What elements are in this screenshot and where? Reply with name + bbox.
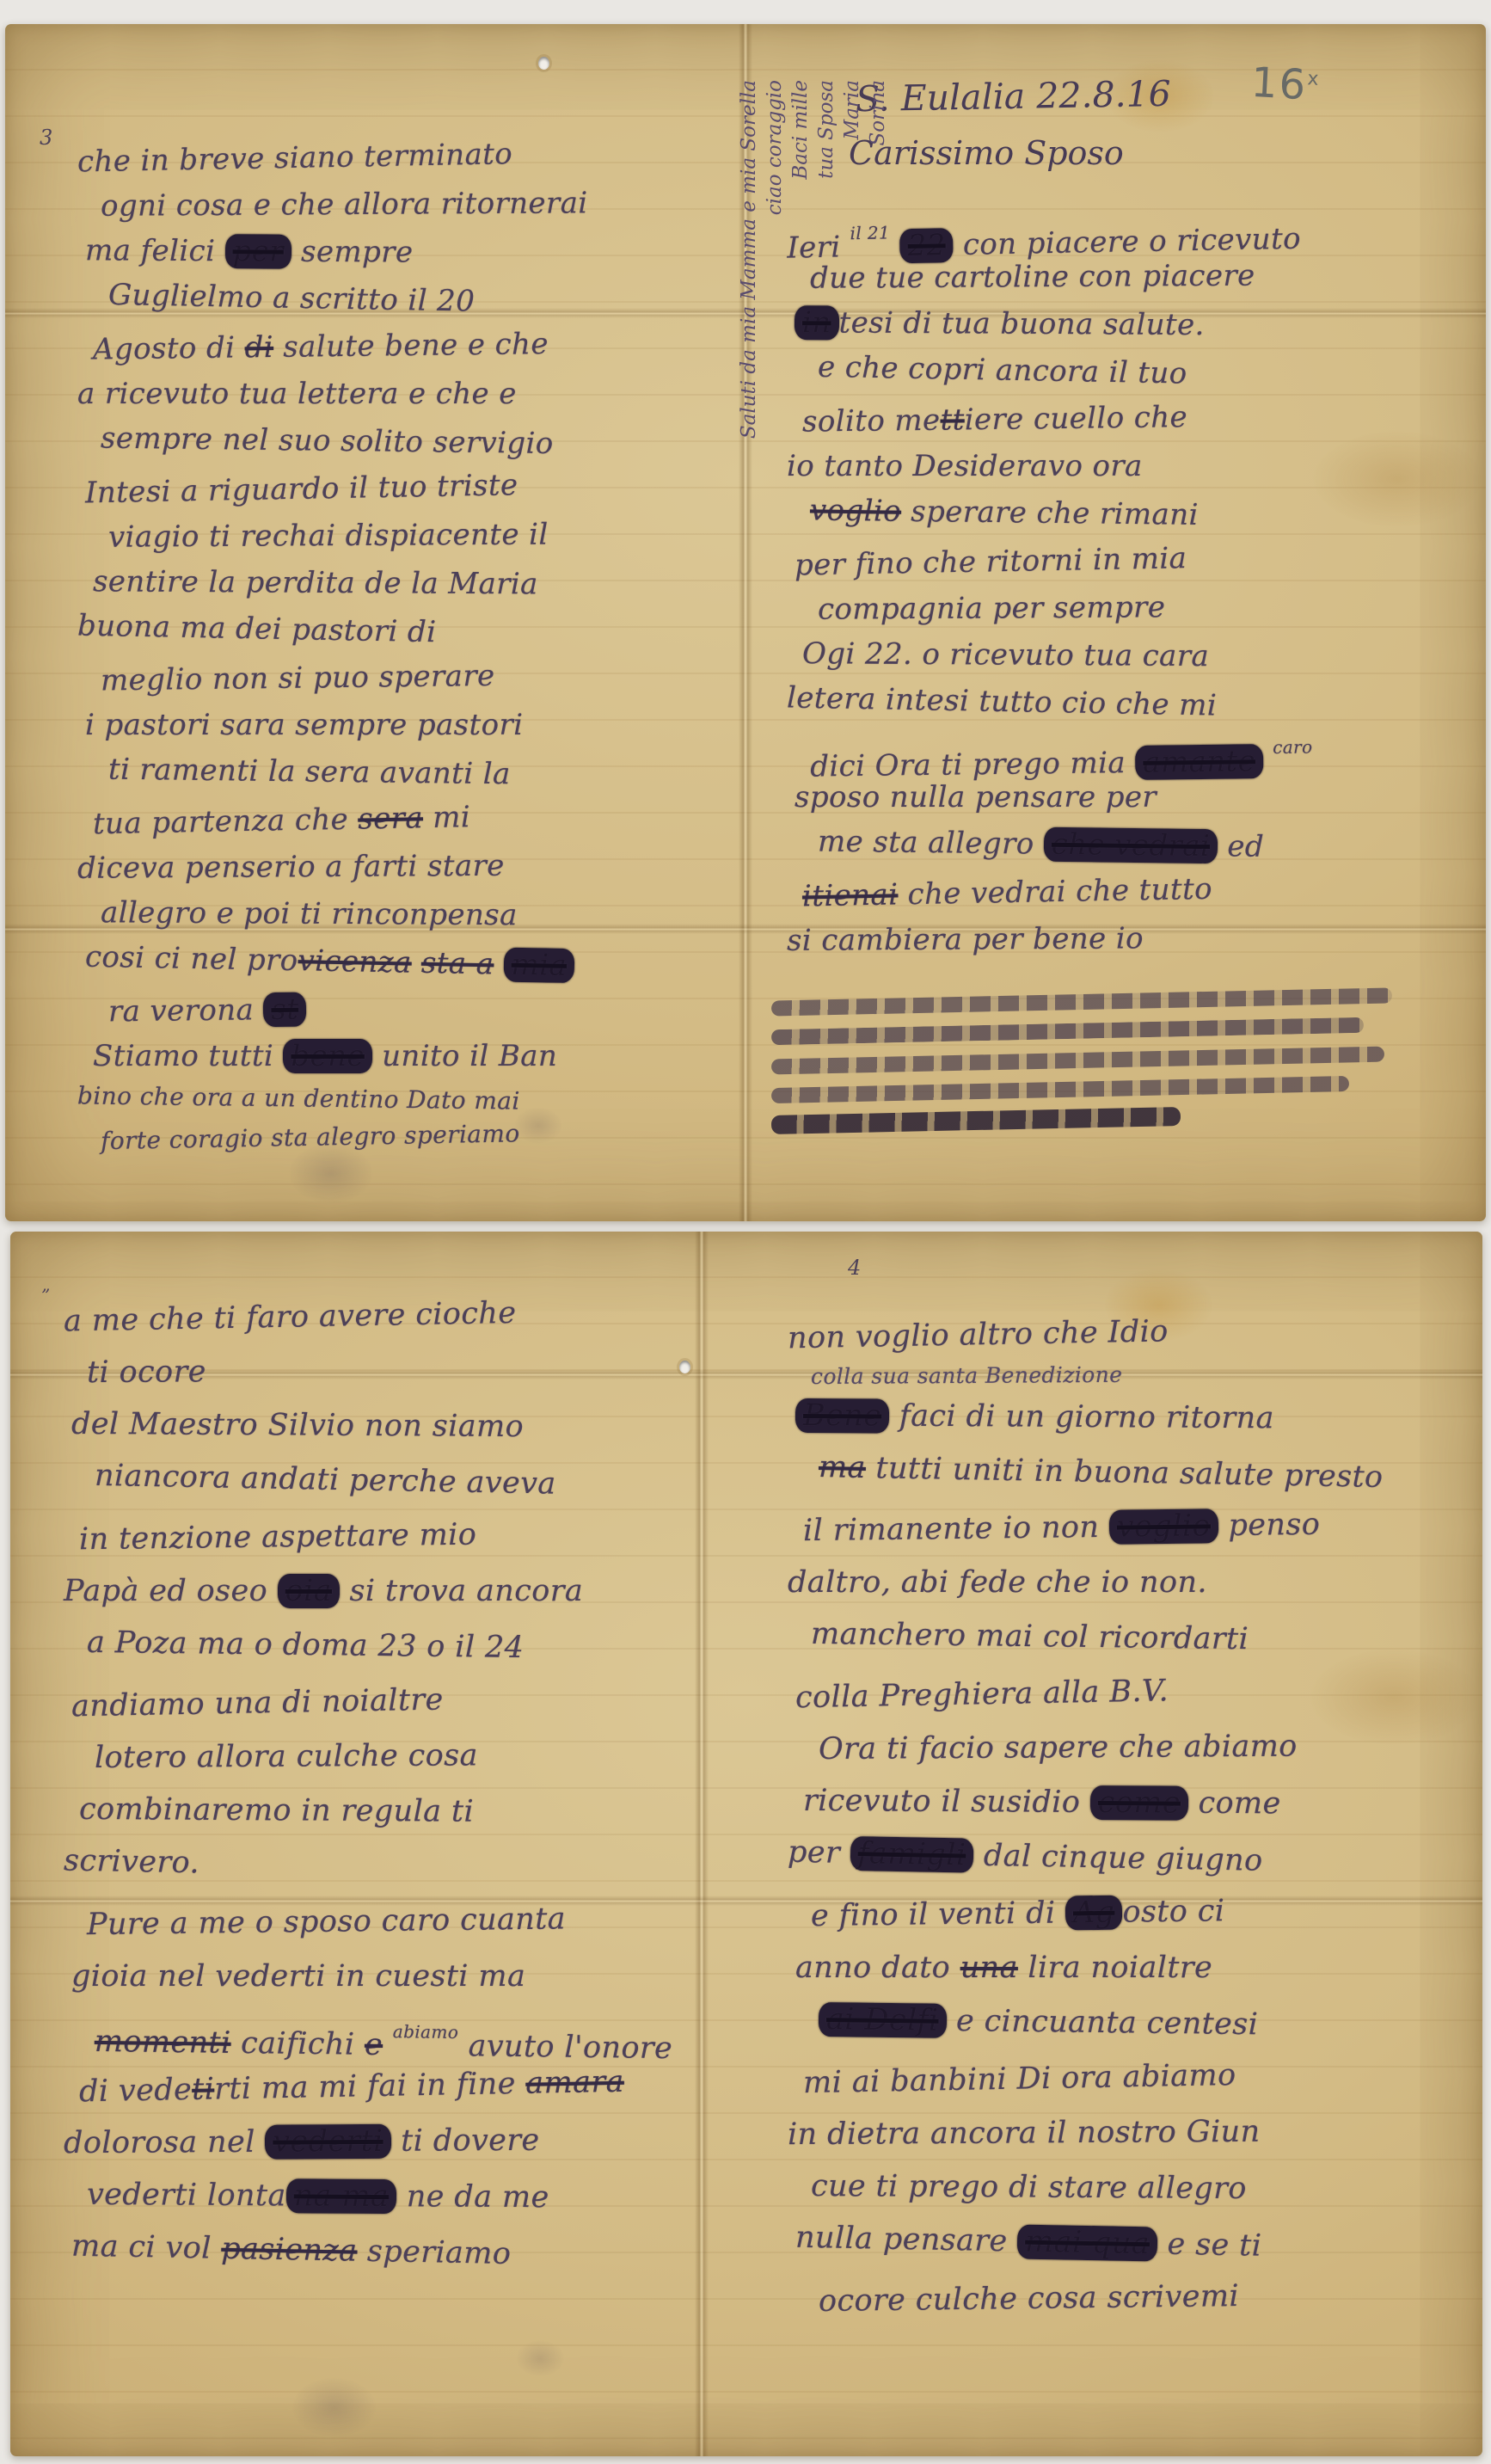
word: dolorosa nel	[64, 2125, 266, 2160]
word: due tue cartoline con piacere	[810, 259, 1255, 296]
word: ti ramenti la sera avanti la	[108, 753, 511, 792]
word: allegro e poi ti rinconpensa	[101, 895, 518, 932]
ink-blot-crossout: mai qua	[1017, 2224, 1158, 2261]
handwritten-line: itienai che vedrai che tutto	[802, 864, 1313, 921]
handwritten-line: …	[771, 1017, 1364, 1045]
word: che vedrai che tutto	[898, 872, 1212, 912]
word: ti ocore	[87, 1355, 206, 1390]
ink-blot-crossout: oia	[278, 1574, 340, 1608]
word: iere cuello che	[964, 400, 1187, 437]
handwritten-line: colla Preghiera alla B.V.	[795, 1660, 1384, 1726]
word: in tenzione aspettare mio	[79, 1518, 477, 1558]
handwritten-line: ricevuto il susidio come come	[803, 1773, 1384, 1832]
word: forte coragio sta alegro speriamo	[101, 1119, 520, 1155]
inserted-word: il 21	[850, 222, 890, 243]
word: a Poza ma o doma 23 o il 24	[87, 1625, 525, 1665]
handwritten-line: ti ocore	[87, 1342, 673, 1400]
handwritten-line: andiamo una di noialtre	[71, 1668, 672, 1735]
letter-page-3: 3 che in breve siano terminatoogni cosa …	[5, 24, 745, 1221]
word: letera intesi tutto cio che mi	[787, 680, 1218, 722]
word: sempre nel suo solito servigio	[101, 421, 554, 461]
inserted-word: abiamo	[393, 2021, 459, 2043]
word: gioia nel vederti in cuesti ma	[71, 1959, 525, 1994]
struck-word: una	[960, 1951, 1018, 1985]
struck-word: voglio	[810, 493, 902, 528]
handwritten-line: …	[771, 1107, 1181, 1134]
ink-blot-crossout: ai Delfi	[819, 2002, 947, 2038]
handwritten-line: non voglio altro che Idio	[787, 1300, 1384, 1367]
struck-word: sta a	[421, 946, 494, 982]
word: mi	[423, 800, 471, 835]
pencil-folio-value: 16	[1250, 58, 1309, 109]
ink-blot-crossout: bene	[283, 1039, 372, 1073]
word: e se ti	[1157, 2227, 1262, 2263]
handwritten-line: ra verona st	[108, 983, 588, 1036]
upside-down-crossed-out-lines: ……………	[766, 980, 1471, 1144]
ink-blot-crossout: in	[795, 305, 839, 340]
handwritten-line: nulla pensare mai qua e se ti	[795, 2210, 1384, 2277]
ink-blot-crossout: st	[263, 992, 306, 1028]
word: Guglielmo a scritto il 20	[108, 278, 476, 319]
continuation-handwriting: a me che ti faro avere ciocheti ocoredel…	[55, 1288, 672, 2279]
word: speriamo	[357, 2234, 512, 2271]
handwritten-line: in dietra ancora il nostro Giun	[788, 2104, 1384, 2162]
handwritten-line: manchero mai col ricordarti	[811, 1607, 1384, 1668]
word: io tanto Desideravo ora	[787, 449, 1143, 483]
letter-page-continuation: ” a me che ti faro avere ciocheti ocored…	[10, 1232, 746, 2456]
handwritten-line: in tenzione aspettare mio	[79, 1505, 673, 1567]
word: unito il Ban	[372, 1039, 557, 1073]
ink-blot-crossout: na ma	[286, 2178, 397, 2214]
word: ma felici	[85, 233, 225, 268]
handwritten-line: vederti lontana ma ne da me	[87, 2167, 673, 2226]
handwritten-line: scrivero.	[63, 1834, 672, 1900]
word: Stiamo tutti	[93, 1039, 283, 1073]
handwritten-line: Bene faci di un giorno ritorna	[795, 1388, 1384, 1447]
handwritten-line: ai Delfi e cincuanta centesi	[819, 1992, 1384, 2054]
page-number: 3	[40, 126, 52, 150]
word: bino che ora a un dentino Dato mai	[77, 1081, 520, 1115]
handwritten-line: che in breve siano terminato	[77, 130, 589, 187]
word: che in breve siano terminato	[77, 137, 513, 179]
handwritten-line: colla sua santa Benedizione	[811, 1359, 1384, 1392]
word: rti ma mi fai in fine	[214, 2067, 526, 2107]
continuation-mark: ”	[41, 1285, 50, 1306]
word: in dietra ancora il nostro Giun	[788, 2115, 1261, 2152]
handwritten-line: niancora andati perche aveva	[94, 1448, 672, 1514]
word: si cambiera per bene io	[787, 921, 1144, 958]
handwritten-line: Saluti da mia Mamma e mia Sorella	[736, 80, 762, 682]
pencil-folio-number: 16x	[1250, 58, 1322, 110]
handwritten-line: me sta allegro che vedrai ed	[818, 818, 1313, 871]
struck-word: di	[244, 330, 273, 365]
handwritten-line: gioia nel vederti in cuesti ma	[71, 1949, 672, 2004]
word: ra verona	[108, 992, 264, 1029]
ink-blot-crossout: come	[1090, 1785, 1188, 1821]
handwritten-line: Intesi a riguardo il tuo triste	[85, 461, 589, 518]
word: tesi di tua buona salute.	[838, 305, 1204, 342]
word: Ogi 22. o ricevuto tua cara	[802, 636, 1209, 673]
handwritten-line: ti ramenti la sera avanti la	[108, 747, 588, 800]
pencil-folio-sup: x	[1307, 68, 1321, 90]
word: anno dato	[795, 1951, 960, 1985]
page-4-handwriting: non voglio altro che Idiocolla sua santa…	[781, 1306, 1384, 2326]
word: Pure a me o sposo caro cuanta	[87, 1902, 566, 1942]
struck-word: momenti	[95, 2025, 231, 2061]
struck-word: pasienza	[221, 2232, 358, 2269]
handwritten-line: dici Ora ti prego mia amante caro	[810, 723, 1313, 777]
word: cue ti prego di stare allegro	[811, 2169, 1247, 2206]
ink-blot-crossout: mia	[503, 948, 574, 984]
page-3-handwriting: che in breve siano terminatoogni cosa e …	[62, 134, 588, 1156]
inserted-word: caro	[1273, 736, 1313, 758]
ink-blot-crossout: vederti	[265, 2124, 391, 2160]
word: sempre	[291, 235, 414, 270]
handwritten-line: di vedetirti ma mi fai in fine amara	[78, 2054, 672, 2120]
word: del Maestro Silvio non siamo	[71, 1407, 524, 1444]
word: lotero allora culche cosa	[95, 1738, 478, 1775]
word: meglio non si puo sperare	[101, 659, 495, 698]
struck-word: tt	[940, 402, 965, 437]
word: caifichi	[230, 2026, 365, 2062]
handwritten-line: si cambiera per bene io	[787, 914, 1313, 965]
handwritten-line: lotero allora culche cosa	[95, 1727, 673, 1785]
word: nulla pensare	[795, 2221, 1018, 2259]
word: manchero mai col ricordarti	[811, 1617, 1249, 1656]
handwritten-line: ma tutti uniti in buona salute presto	[818, 1440, 1384, 1505]
handwritten-line: Ogi 22. o ricevuto tua cara	[802, 630, 1313, 681]
word: niancora andati perche aveva	[95, 1459, 556, 1502]
handwritten-line: sposo nulla pensare per	[795, 774, 1313, 821]
word: a me che ti faro avere cioche	[64, 1296, 517, 1339]
word: osto ci	[1122, 1894, 1224, 1929]
handwritten-line: Agosto di di salute bene e che	[93, 320, 588, 373]
handwritten-line: meglio non si puo sperare	[101, 652, 588, 705]
handwritten-line: ocore culche cosa scrivemi	[819, 2267, 1384, 2329]
handwritten-line: Ora ti facio sapere che abiamo	[819, 1718, 1384, 1777]
word: scrivero.	[64, 1844, 200, 1881]
handwritten-line: sentire la perdita de la Maria	[93, 558, 588, 609]
word: andiamo una di noialtre	[71, 1682, 444, 1724]
word: tua partenza che	[93, 802, 359, 842]
handwritten-line: il rimanente io non voglio penso	[803, 1496, 1384, 1558]
word: dal cinque giugno	[973, 1839, 1263, 1878]
handwritten-line: a me che ti faro avere cioche	[63, 1283, 672, 1349]
word: sentire la perdita de la Maria	[93, 564, 538, 601]
handwritten-line: intesi di tua buona salute.	[795, 299, 1313, 350]
handwritten-line: per fino che ritorni in mia	[795, 532, 1313, 589]
handwritten-line: momenti caifichi e abiamo avuto l'onore	[95, 2000, 673, 2062]
struck-word: sera	[358, 801, 423, 836]
handwritten-line: buona ma dei pastori di	[77, 603, 589, 660]
word: si trova ancora	[340, 1574, 583, 1608]
word: combinaremo in regula ti	[79, 1792, 474, 1829]
page-number: 4	[848, 1256, 861, 1280]
word: vederti lonta	[87, 2178, 286, 2213]
struck-word: ti	[192, 2072, 215, 2106]
handwritten-line: a Poza ma o doma 23 o il 24	[87, 1615, 673, 1677]
word: penso	[1218, 1508, 1321, 1543]
ink-blot-crossout: per	[224, 234, 291, 268]
word: come	[1188, 1786, 1281, 1822]
word: ogni cosa e che allora ritornerai	[101, 186, 588, 223]
handwritten-line: combinaremo in regula ti	[79, 1782, 673, 1840]
word: viagio ti rechai dispiacente il	[108, 518, 549, 555]
handwritten-line: voglio sperare che rimani	[810, 487, 1313, 540]
struck-word: ma	[819, 1450, 867, 1485]
struck-word: vicenza	[298, 943, 412, 980]
word: cosi ci nel pro	[85, 940, 298, 979]
handwritten-line: del Maestro Silvio non siamo	[71, 1397, 673, 1455]
handwritten-line: io tanto Desideravo ora	[787, 443, 1313, 490]
word: solito me	[802, 403, 941, 439]
page-1-handwriting: Ieri il 21 22 con piacere o ricevutodue …	[782, 206, 1313, 963]
word: e cincuanta centesi	[946, 2004, 1258, 2042]
handwritten-line: sempre nel suo solito servigio	[101, 415, 588, 469]
word: sposo nulla pensare per	[795, 780, 1157, 814]
word: per fino che ritorni in mia	[795, 541, 1187, 582]
handwritten-line: daltro, abi fede che io non.	[788, 1555, 1384, 1610]
handwritten-line: ma felici per sempre	[85, 227, 588, 278]
word: e che copri ancora il tuo	[818, 350, 1187, 391]
word: per	[788, 1835, 850, 1871]
letter-page-4: 4 non voglio altro che Idiocolla sua san…	[746, 1232, 1482, 2456]
word: Papà ed oseo	[64, 1574, 278, 1608]
handwritten-line: ogni cosa e che allora ritornerai	[101, 180, 588, 230]
handwritten-line: e che copri ancora il tuo	[818, 344, 1313, 401]
word	[383, 2028, 393, 2062]
word: buona ma dei pastori di	[77, 609, 437, 650]
word: compagnia per sempre	[818, 590, 1166, 626]
handwritten-line: i pastori sara sempre pastori	[85, 702, 588, 749]
letter-sheet-2: ” a me che ti faro avere ciocheti ocored…	[10, 1232, 1482, 2456]
scanned-letter-page: { "scan": { "ink_color": "#4c4058", "hea…	[0, 0, 1491, 2464]
handwritten-line: allegro e poi ti rinconpensa	[101, 889, 588, 939]
ink-blot-crossout: che vedrai	[1044, 827, 1218, 863]
word: ed	[1218, 829, 1264, 864]
handwritten-line: forte coragio sta alegro speriamo	[101, 1114, 588, 1160]
handwritten-line: …	[771, 987, 1392, 1016]
word: di vede	[79, 2073, 193, 2109]
word: i pastori sara sempre pastori	[85, 708, 523, 742]
handwritten-line: dolorosa nel vederti ti dovere	[64, 2112, 673, 2171]
word: Ora ti facio sapere che abiamo	[819, 1730, 1298, 1767]
word: daltro, abi fede che io non.	[788, 1565, 1207, 1600]
handwritten-line: per famigli dal cinque giugno	[787, 1825, 1384, 1891]
word: non voglio altro che Idio	[788, 1314, 1169, 1355]
struck-word: itienai	[802, 877, 899, 913]
word: salute bene e che	[273, 327, 549, 365]
word: Intesi a riguardo il tuo triste	[85, 468, 518, 510]
dateline: S. Eulalia 22.8.16	[856, 73, 1172, 120]
handwritten-line: cue ti prego di stare allegro	[811, 2159, 1384, 2217]
word	[411, 946, 421, 980]
word: me sta allegro	[818, 824, 1044, 861]
ink-blot-crossout: famigli	[850, 1836, 974, 1873]
handwritten-line: mi ai banbini Di ora abiamo	[802, 2045, 1384, 2111]
handwritten-line: …	[771, 1047, 1385, 1075]
word: sperare che rimani	[901, 495, 1199, 532]
word: ricevuto il susidio	[803, 1784, 1090, 1820]
letter-sheet-1: 3 che in breve siano terminatoogni cosa …	[5, 24, 1486, 1221]
handwritten-line: ma ci vol pasienza speriamo	[71, 2219, 672, 2285]
word: Agosto di	[93, 330, 245, 366]
ink-blot-crossout: Bene	[795, 1398, 890, 1434]
handwritten-line: anno dato una lira noialtre	[795, 1940, 1384, 1995]
handwritten-line: …	[771, 1076, 1350, 1103]
word	[494, 947, 504, 981]
word: a ricevuto tua lettera e che e	[77, 377, 517, 411]
handwritten-line: letera intesi tutto cio che mi	[787, 674, 1313, 731]
word: ne da me	[396, 2179, 549, 2215]
handwritten-line: cosi ci nel provicenza sta a mia	[85, 934, 589, 991]
word: faci di un giorno ritorna	[889, 1399, 1274, 1436]
handwritten-line: solito mettiere cuello che	[802, 392, 1313, 445]
handwritten-line: tua partenza che sera mi	[93, 792, 589, 849]
word: il rimanente io non	[803, 1510, 1109, 1548]
word: lira noialtre	[1018, 1951, 1212, 1985]
word: ti dovere	[391, 2123, 540, 2159]
word: colla Preghiera alla B.V.	[795, 1674, 1169, 1715]
letter-page-1: 16x S. Eulalia 22.8.16 Carissimo Sposo S…	[745, 24, 1486, 1221]
struck-word: amara	[525, 2065, 624, 2101]
ink-blot-crossout: Ag	[1065, 1896, 1123, 1931]
word: diceva penserio a farti stare	[77, 849, 505, 886]
handwritten-line: compagnia per sempre	[818, 583, 1313, 634]
handwritten-line: a ricevuto tua lettera e che e	[77, 371, 588, 418]
handwritten-line: due tue cartoline con piacere	[810, 252, 1313, 303]
word: tutti uniti in buona salute presto	[866, 1451, 1384, 1495]
handwritten-line: viagio ti rechai dispiacente il	[108, 511, 588, 561]
handwritten-line: Pure a me o sposo caro cuanta	[87, 1890, 673, 1952]
handwritten-line: Guglielmo a scritto il 20	[108, 272, 589, 328]
handwritten-line: diceva penserio a farti stare	[77, 842, 588, 893]
ink-blot-crossout: voglio	[1109, 1509, 1219, 1545]
handwritten-line: Papà ed oseo oia si trova ancora	[64, 1564, 672, 1619]
struck-word: e	[365, 2028, 383, 2062]
word: ocore culche cosa scrivemi	[819, 2279, 1239, 2319]
word: e fino il venti di	[811, 1896, 1065, 1933]
word: colla sua santa Benedizione	[811, 1362, 1123, 1389]
handwritten-line: Ieri il 21 22 con piacere o ricevuto	[787, 201, 1313, 258]
word: mi ai banbini Di ora abiamo	[803, 2058, 1236, 2100]
handwritten-line: Stiamo tutti bene unito il Ban	[93, 1033, 588, 1080]
word: ma ci vol	[71, 2229, 222, 2266]
handwritten-line: e fino il venti di Agosto ci	[811, 1882, 1384, 1944]
